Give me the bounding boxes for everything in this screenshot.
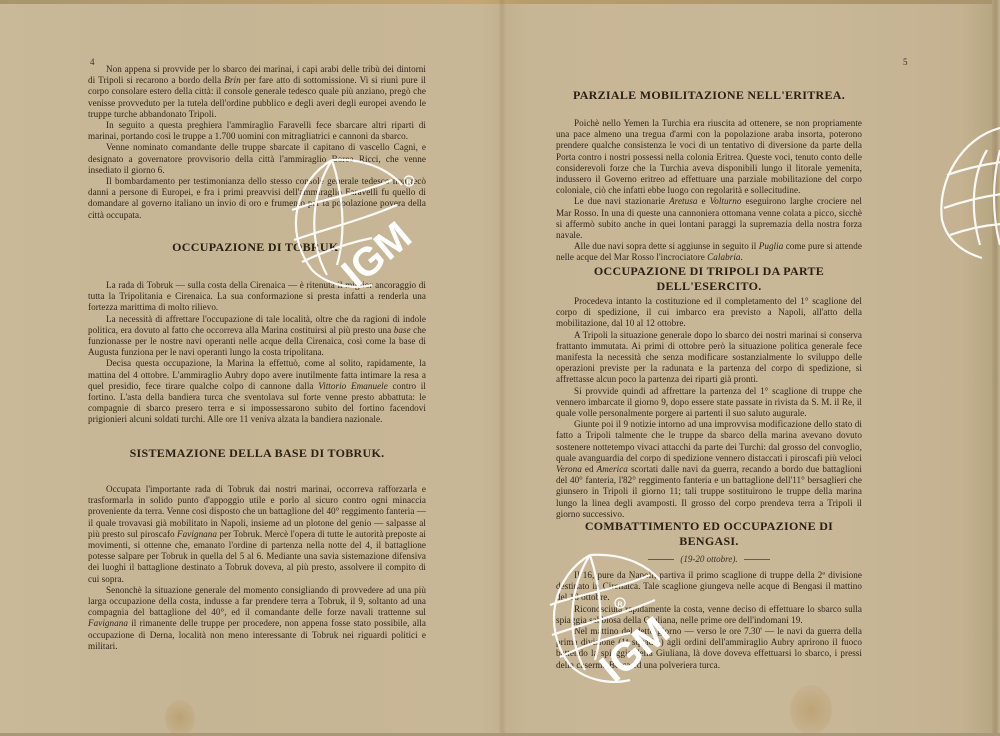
section-body: La rada di Tobruk — sulla costa della Ci… [88,280,426,426]
paragraph: In seguito a questa preghiera l'ammiragl… [88,120,426,142]
book-spread: 4 Non appena si provvide per lo sbarco d… [0,0,1000,736]
section-title: PARZIALE MOBILITAZIONE NELL'ERITREA. [556,88,862,103]
section-occupazione-tripoli: OCCUPAZIONE DI TRIPOLI DA PARTE DELL'ESE… [556,264,862,294]
right-page: 5 PARZIALE MOBILITAZIONE NELL'ERITREA. P… [500,0,1000,736]
section-body: Poichè nello Yemen la Turchia era riusci… [556,118,862,264]
intro-text: Non appena si provvide per lo sbarco dei… [88,64,426,221]
section-occupazione-tobruk: OCCUPAZIONE DI TOBRUK. [88,240,426,255]
paragraph: Procedeva intanto la costituzione ed il … [556,296,862,330]
section-title: OCCUPAZIONE DI TRIPOLI DA PARTE DELL'ESE… [556,264,862,294]
paragraph: La rada di Tobruk — sulla costa della Ci… [88,280,426,314]
page-number: 5 [903,57,908,67]
section-subtitle: (19-20 ottobre). [556,554,862,564]
section-body: Il 16, pure da Napoli, partiva il primo … [556,570,862,671]
paragraph: Senonchè la situazione generale del mome… [88,585,426,652]
paragraph: Le due navi stazionarie Aretusa e Voltur… [556,196,862,241]
section-sistemazione-base: SISTEMAZIONE DELLA BASE DI TOBRUK. [88,446,426,461]
section-title: OCCUPAZIONE DI TOBRUK. [88,240,426,255]
paragraph: Riconosciuta rapidamente la costa, venne… [556,604,862,626]
left-page: 4 Non appena si provvide per lo sbarco d… [0,0,500,736]
section-bengasi: COMBATTIMENTO ED OCCUPAZIONE DI BENGASI.… [556,519,862,564]
section-title: SISTEMAZIONE DELLA BASE DI TOBRUK. [88,446,426,461]
paragraph: Occupata l'importante rada di Tobruk dai… [88,484,426,585]
paragraph: Si provvide quindi ad affrettare la part… [556,386,862,420]
section-body: Occupata l'importante rada di Tobruk dai… [88,484,426,652]
paragraph: Non appena si provvide per lo sbarco dei… [88,64,426,120]
paragraph: Alle due navi sopra dette si aggiunse in… [556,241,862,263]
paragraph: Decisa questa occupazione, la Marina la … [88,358,426,425]
section-body: Procedeva intanto la costituzione ed il … [556,296,862,520]
paragraph: Poichè nello Yemen la Turchia era riusci… [556,118,862,196]
section-title: COMBATTIMENTO ED OCCUPAZIONE DI BENGASI. [556,519,862,549]
section-mobilitazione-eritrea: PARZIALE MOBILITAZIONE NELL'ERITREA. [556,88,862,103]
paragraph: La necessità di affrettare l'occupazione… [88,314,426,359]
paragraph: Il 16, pure da Napoli, partiva il primo … [556,570,862,604]
paragraph: A Tripoli la situazione generale dopo lo… [556,330,862,386]
paragraph: Venne nominato comandante delle truppe s… [88,142,426,176]
paragraph: Il bombardamento per testimonianza dello… [88,176,426,221]
paragraph: Nel mattino del detto giorno — verso le … [556,626,862,671]
paragraph: Giunte poi il 9 notizie intorno ad una i… [556,419,862,520]
